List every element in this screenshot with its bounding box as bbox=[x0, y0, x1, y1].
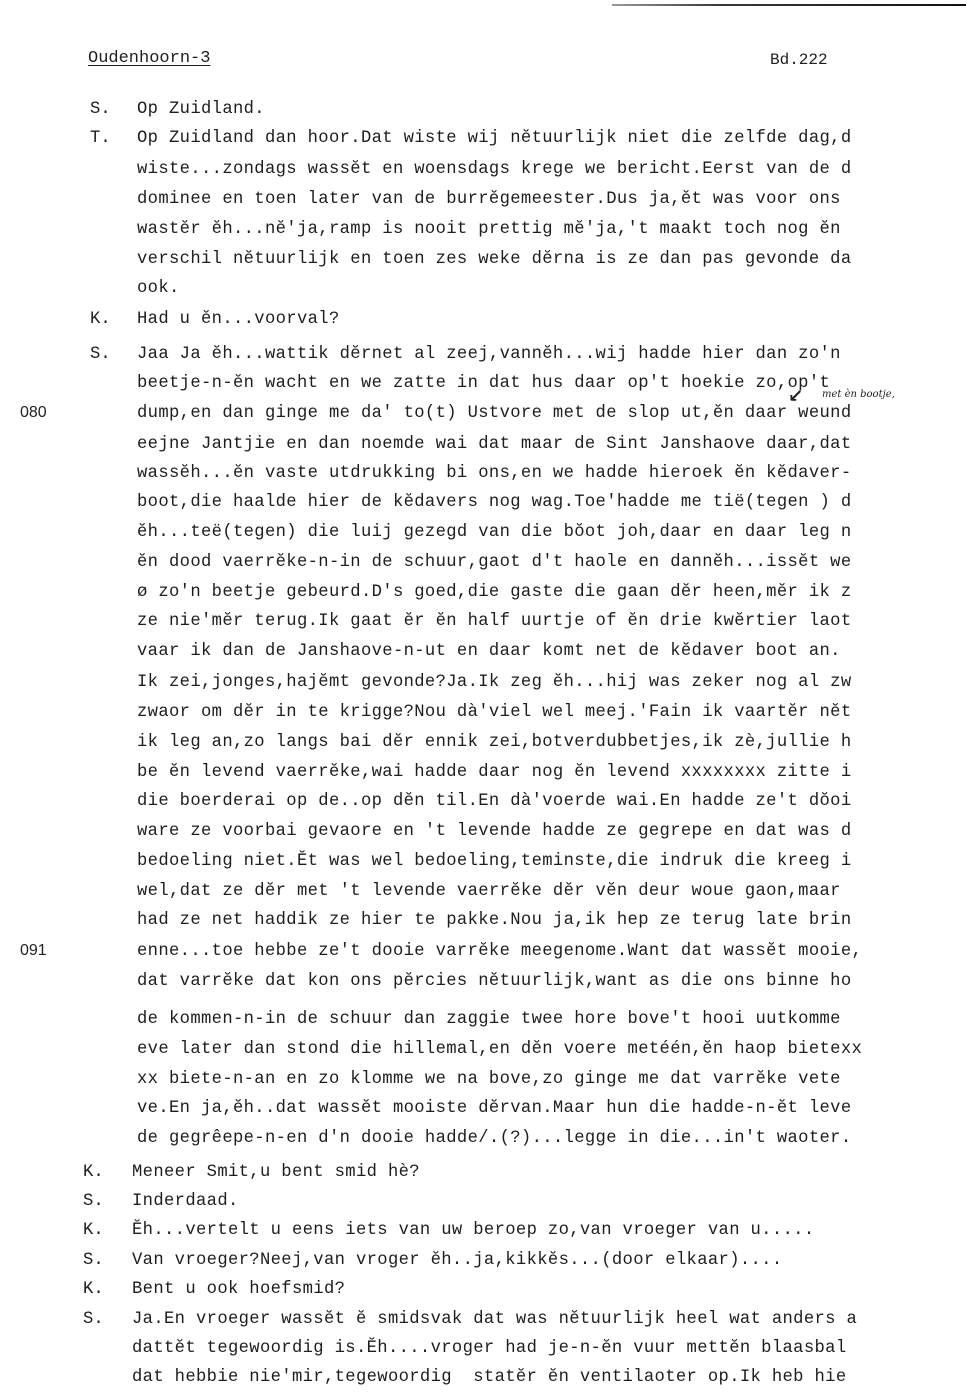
transcript-line: Op Zuidland dan hoor.Dat wiste wij nĕtuu… bbox=[137, 129, 852, 149]
speaker-label: K. bbox=[83, 1280, 104, 1300]
transcript-line: dominee en toen later van de burrĕgemees… bbox=[137, 190, 841, 210]
transcript-line: dattĕt tegewoordig is.Ĕh....vroger had j… bbox=[132, 1339, 847, 1359]
transcript-line: die boerderai op de..op dĕn til.En dà'vo… bbox=[137, 792, 852, 812]
transcript-line: Bent u ook hoefsmid? bbox=[132, 1280, 345, 1300]
speaker-label: S. bbox=[83, 1310, 104, 1330]
transcript-line: verschil nĕtuurlijk en toen zes weke dĕr… bbox=[137, 250, 852, 270]
transcript-line: dat varrĕke dat kon ons pĕrcies nĕtuurli… bbox=[137, 972, 852, 992]
transcript-line: ze nie'mĕr terug.Ik gaat ĕr ĕn half uurt… bbox=[137, 612, 852, 632]
transcript-line: ware ze voorbai gevaore en 't levende ha… bbox=[137, 822, 852, 842]
transcript-line: beetje-n-ĕn wacht en we zatte in dat hus… bbox=[137, 374, 830, 394]
transcript-line: Meneer Smit,u bent smid hè? bbox=[132, 1163, 420, 1183]
speaker-label: S. bbox=[90, 345, 111, 365]
transcript-line: vaar ik dan de Janshaove-n-ut en daar ko… bbox=[137, 642, 841, 662]
transcript-line: de gegrêepe-n-en d'n dooie hadde/.(?)...… bbox=[137, 1129, 852, 1149]
page-reference: Bd.222 bbox=[770, 51, 828, 69]
transcript-line: wiste...zondags wassĕt en woensdags kreg… bbox=[137, 160, 852, 180]
transcript-line: Van vroeger?Neej,van vroger ĕh..ja,kikkĕ… bbox=[132, 1251, 783, 1271]
transcript-line: Had u ĕn...voorval? bbox=[137, 310, 340, 330]
transcript-line: had ze net haddik ze hier te pakke.Nou j… bbox=[137, 911, 852, 931]
transcript-line: bedoeling niet.Ĕt was wel bedoeling,temi… bbox=[137, 852, 852, 872]
transcript-line: ø zo'n beetje gebeurd.D's goed,die gaste… bbox=[137, 583, 852, 603]
transcript-line: enne...toe hebbe ze't dooie varrĕke meeg… bbox=[137, 942, 862, 962]
speaker-label: K. bbox=[83, 1163, 104, 1183]
transcript-line: ĕh...teë(tegen) die luij gezegd van die … bbox=[137, 523, 852, 543]
insertion-mark-icon: ↙ bbox=[788, 386, 803, 407]
transcript-line: wastĕr ĕh...nĕ'ja,ramp is nooit prettig … bbox=[137, 220, 841, 240]
transcript-line: dump,en dan ginge me da' to(t) Ustvore m… bbox=[137, 404, 852, 424]
speaker-label: K. bbox=[83, 1221, 104, 1241]
margin-number: 091 bbox=[20, 942, 47, 960]
transcript-line: ook. bbox=[137, 279, 180, 299]
transcript-line: de kommen-n-in de schuur dan zaggie twee… bbox=[137, 1010, 852, 1030]
transcript-line: Ik zei,jonges,hajĕmt gevonde?Ja.Ik zeg ĕ… bbox=[137, 673, 852, 693]
top-rule bbox=[612, 4, 966, 6]
transcript-line: boot,die haalde hier de kĕdavers nog wag… bbox=[137, 493, 852, 513]
speaker-label: S. bbox=[90, 100, 111, 120]
speaker-label: K. bbox=[90, 310, 111, 330]
transcript-line: dat hebbie nie'mir,tegewoordig statĕr ĕn… bbox=[132, 1368, 847, 1388]
transcript-line: eejne Jantjie en dan noemde wai dat maar… bbox=[137, 435, 852, 455]
transcript-line: eve later dan stond die hillemal,en dĕn … bbox=[137, 1040, 862, 1060]
margin-number: 080 bbox=[20, 404, 47, 422]
transcript-line: wel,dat ze dĕr met 't levende vaerrĕke d… bbox=[137, 882, 852, 902]
transcript-line: ik leg an,zo langs bai dĕr ennik zei,bot… bbox=[137, 733, 852, 753]
transcript-line: be ĕn levend vaerrĕke,wai hadde daar nog… bbox=[137, 763, 852, 783]
transcript-line: ve.En ja,ĕh..dat wassĕt mooiste dĕrvan.M… bbox=[137, 1099, 852, 1119]
transcript-line: Op Zuidland. bbox=[137, 100, 265, 120]
transcript-line: ĕn dood vaerrĕke-n-in de schuur,gaot d't… bbox=[137, 553, 852, 573]
handwritten-annotation: met èn bootje, bbox=[822, 389, 895, 400]
transcript-line: Ja.En vroeger wassĕt ĕ smidsvak dat was … bbox=[132, 1310, 857, 1330]
speaker-label: S. bbox=[83, 1251, 104, 1271]
transcript-line: xx biete-n-an en zo klomme we na bove,zo… bbox=[137, 1070, 852, 1090]
speaker-label: T. bbox=[90, 129, 111, 149]
transcript-line: zwaor om dĕr in te krigge?Nou dà'viel we… bbox=[137, 703, 852, 723]
document-id: Oudenhoorn-3 bbox=[88, 49, 210, 68]
transcript-line: Jaa Ja ĕh...wattik dĕrnet al zeej,vannĕh… bbox=[137, 345, 841, 365]
transcript-line: Inderdaad. bbox=[132, 1192, 239, 1212]
transcript-line: wassĕh...ĕn vaste utdrukking bi ons,en w… bbox=[137, 464, 852, 484]
transcript-line: Ĕh...vertelt u eens iets van uw beroep z… bbox=[132, 1221, 815, 1241]
speaker-label: S. bbox=[83, 1192, 104, 1212]
